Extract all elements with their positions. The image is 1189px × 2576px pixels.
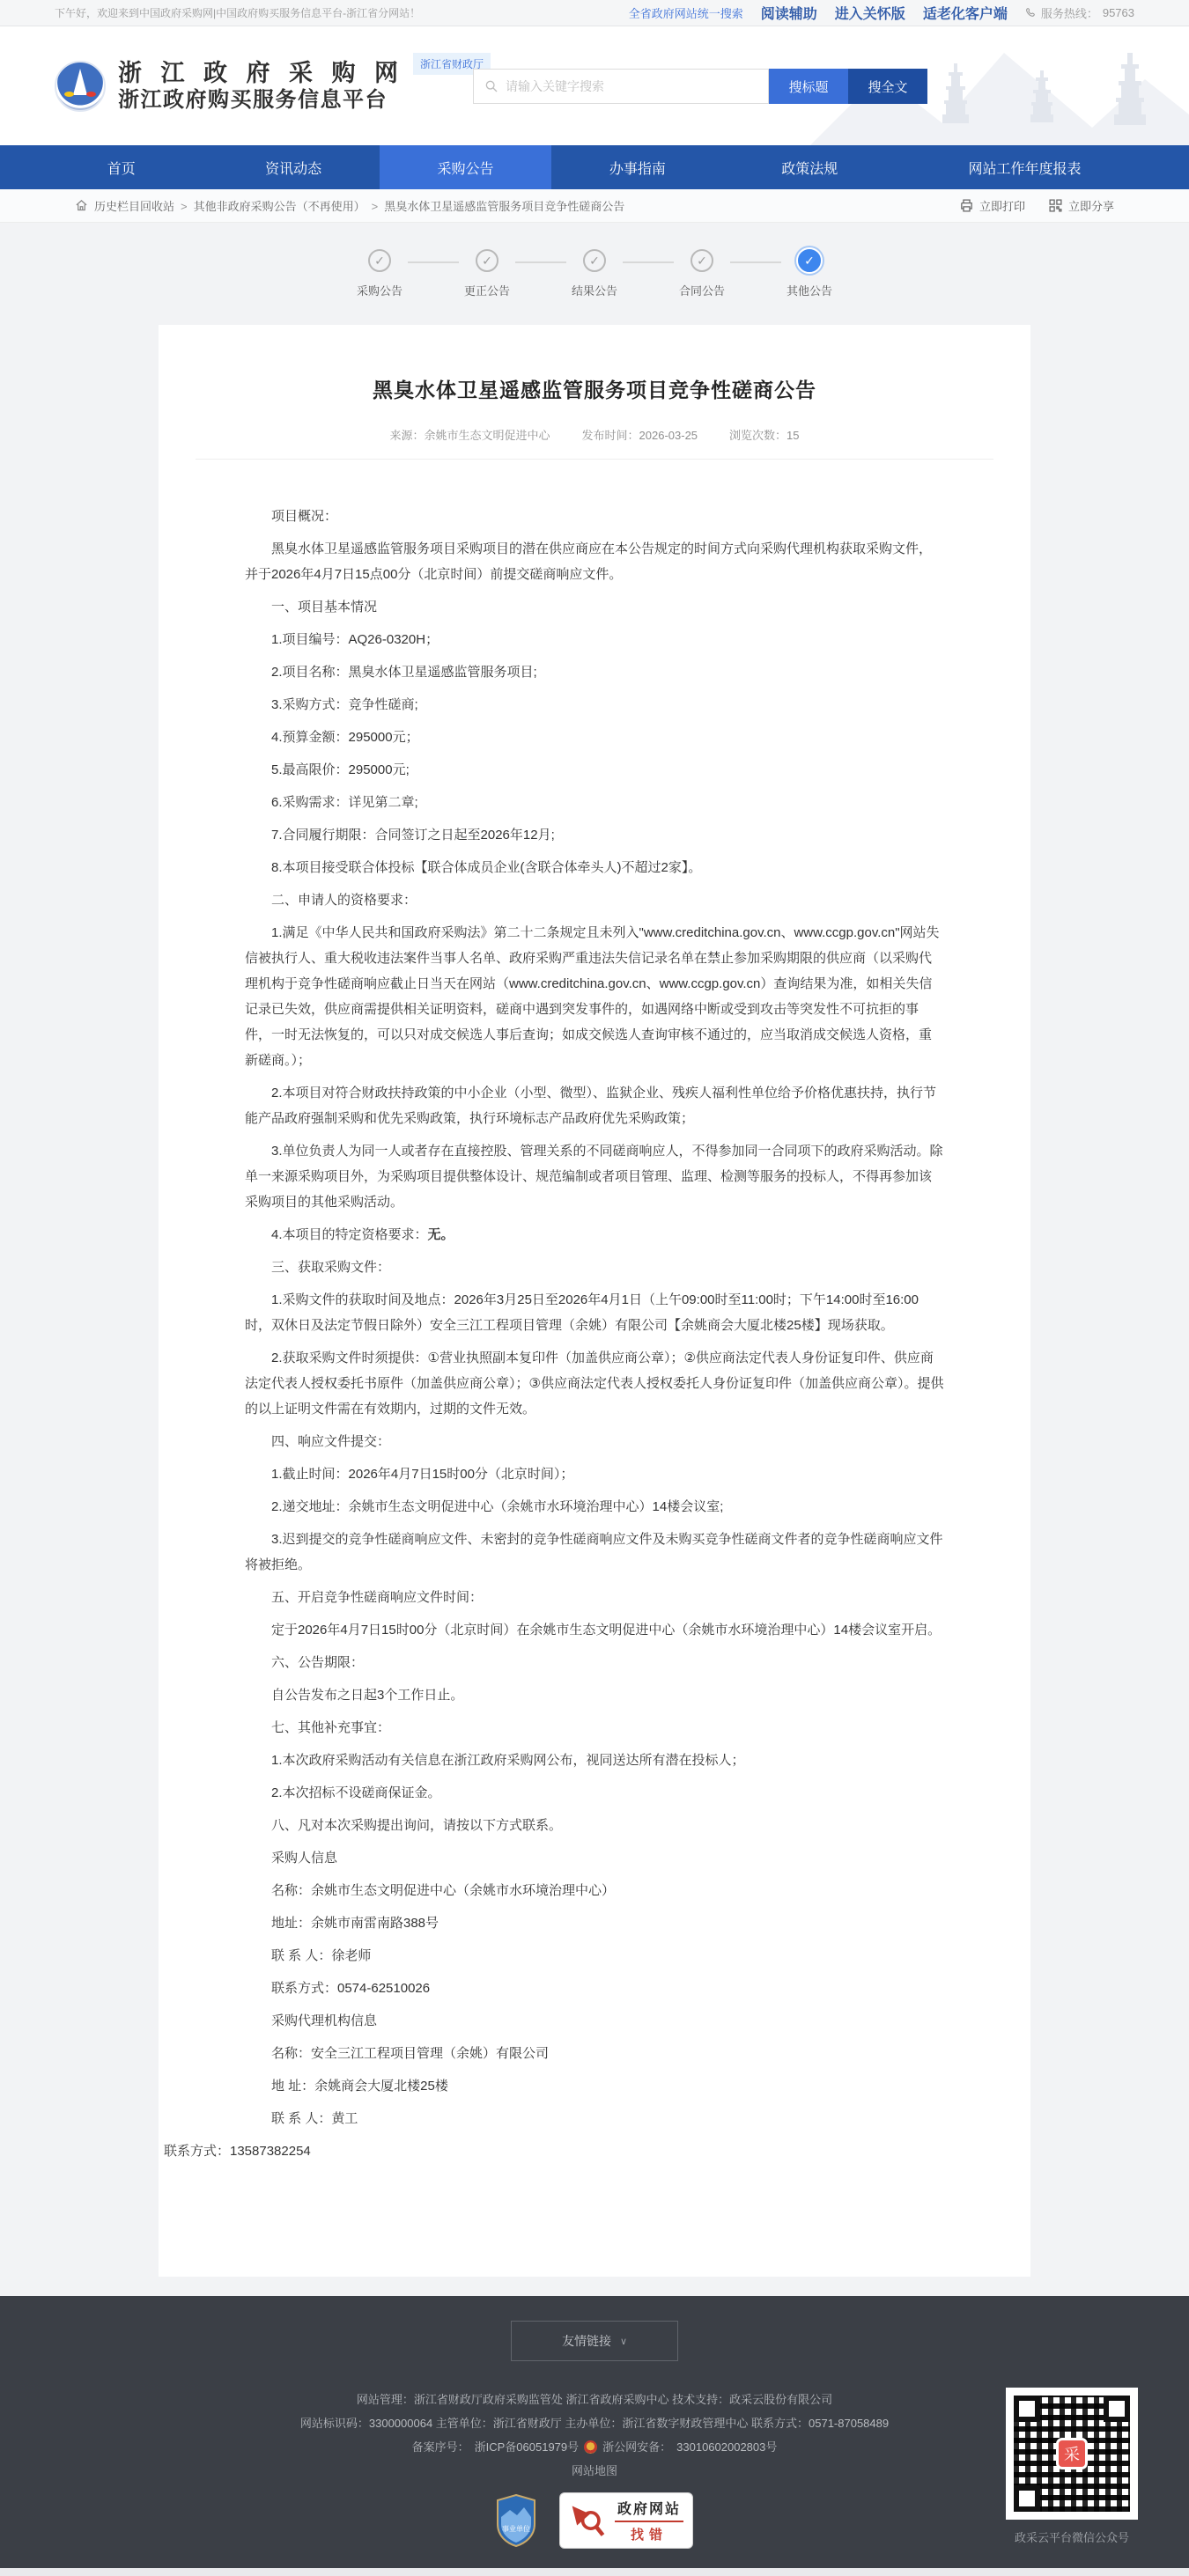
article-paragraph: 6.采购需求：详见第二章; bbox=[245, 790, 944, 815]
announcement-card: 黑臭水体卫星遥感监管服务项目竞争性磋商公告 来源：余姚市生态文明促进中心 发布时… bbox=[159, 325, 1030, 2277]
step-结果公告: ✓结果公告 bbox=[566, 249, 623, 298]
qr-share-icon bbox=[1048, 198, 1063, 213]
nav-list: 首页资讯动态采购公告办事指南政策法规网站工作年度报表 bbox=[0, 145, 1189, 189]
badge-check-line2: 找错 bbox=[631, 2525, 668, 2543]
step-label: 更正公告 bbox=[464, 282, 510, 298]
qr-code: 采 bbox=[1006, 2388, 1138, 2520]
wechat-qr-block: 采 政采云平台微信公众号 bbox=[1006, 2388, 1138, 2545]
breadcrumb: 历史栏目回收站>其他非政府采购公告（不再使用）>黑臭水体卫星遥感监管服务项目竞争… bbox=[94, 197, 624, 214]
shield-badge-label: 事业单位 bbox=[502, 2524, 530, 2533]
check-icon: ✓ bbox=[368, 249, 391, 272]
article-paragraph: 六、公告期限： bbox=[245, 1650, 944, 1675]
nav-item-active[interactable]: 采购公告 bbox=[380, 145, 551, 189]
article-paragraph: 联 系 人：黄工 bbox=[245, 2106, 944, 2131]
article-meta: 来源：余姚市生态文明促进中心 发布时间：2026-03-25 浏览次数：15 bbox=[159, 426, 1030, 443]
breadcrumb-item[interactable]: 历史栏目回收站 bbox=[94, 200, 174, 213]
topbar-links: 全省政府网站统一搜索 阅读辅助 进入关怀版 适老化客户端 服务热线： 95763 bbox=[629, 3, 1134, 23]
search-icon bbox=[484, 79, 498, 93]
crumb-separator: > bbox=[372, 200, 379, 213]
friend-links-label: 友情链接 bbox=[562, 2332, 611, 2350]
article-paragraph: 3.单位负责人为同一人或者存在直接控股、管理关系的不同磋商响应人，不得参加同一合… bbox=[245, 1138, 944, 1215]
share-label: 立即分享 bbox=[1068, 197, 1114, 214]
article-paragraph: 地址：余姚市南雷南路388号 bbox=[245, 1910, 944, 1936]
article-paragraph: 1.满足《中华人民共和国政府采购法》第二十二条规定且未列入"www.credit… bbox=[245, 920, 944, 1073]
page-title: 黑臭水体卫星遥感监管服务项目竞争性磋商公告 bbox=[211, 374, 978, 403]
article-paragraph: 1.项目编号：AQ26-0320H； bbox=[245, 627, 944, 652]
article-paragraph: 五、开启竞争性磋商响应文件时间： bbox=[245, 1585, 944, 1610]
article-paragraph: 5.最高限价：295000元; bbox=[245, 757, 944, 783]
article-paragraph: 联 系 人：徐老师 bbox=[245, 1943, 944, 1969]
site-subtitle: 浙江政府购买服务信息平台 bbox=[118, 87, 404, 114]
nav-item-link[interactable]: 政策法规 bbox=[724, 145, 896, 189]
print-button[interactable]: 立即打印 bbox=[959, 197, 1025, 214]
article-paragraph: 名称：安全三江工程项目管理（余姚）有限公司 bbox=[245, 2041, 944, 2066]
main-navigation: 首页资讯动态采购公告办事指南政策法规网站工作年度报表 bbox=[0, 145, 1189, 189]
meta-publish-time: 发布时间：2026-03-25 bbox=[582, 426, 698, 443]
site-logo-text: 浙 江 政 府 采 购 网 浙江政府购买服务信息平台 bbox=[118, 59, 404, 114]
friend-links-button[interactable]: 友情链接 ∨ bbox=[511, 2321, 678, 2361]
qr-center-logo: 采 bbox=[1056, 2438, 1088, 2469]
meta-view-count: 浏览次数：15 bbox=[729, 426, 799, 443]
beian-label: 备案序号： bbox=[412, 2435, 469, 2459]
article-paragraph: 3.采购方式：竞争性磋商; bbox=[245, 692, 944, 718]
site-search: 搜标题 搜全文 bbox=[473, 69, 927, 104]
badge-check-divider bbox=[615, 2521, 683, 2522]
hotline-label: 服务热线： bbox=[1041, 4, 1098, 21]
qr-caption: 政采云平台微信公众号 bbox=[1006, 2528, 1138, 2545]
site-title: 浙 江 政 府 采 购 网 bbox=[118, 59, 404, 87]
step-connector bbox=[515, 261, 566, 263]
step-合同公告: ✓合同公告 bbox=[674, 249, 730, 298]
badge-check-text: 政府网站 找错 bbox=[615, 2498, 683, 2543]
home-icon[interactable] bbox=[75, 199, 88, 212]
nav-item-link[interactable]: 网站工作年度报表 bbox=[896, 145, 1154, 189]
nav-item-link[interactable]: 首页 bbox=[35, 145, 207, 189]
article-paragraph: 二、申请人的资格要求： bbox=[245, 887, 944, 913]
article-paragraph: 4.本项目的特定资格要求：无。 bbox=[245, 1222, 944, 1248]
check-icon: ✓ bbox=[798, 249, 821, 272]
step-其他公告: ✓其他公告 bbox=[781, 249, 838, 298]
police-number[interactable]: 33010602002803号 bbox=[676, 2435, 777, 2459]
site-logo-icon bbox=[55, 61, 106, 112]
check-icon: ✓ bbox=[476, 249, 498, 272]
police-label: 浙公网安备： bbox=[602, 2435, 671, 2459]
article-paragraph: 1.截止时间：2026年4月7日15时00分（北京时间）； bbox=[245, 1461, 944, 1487]
article-paragraph: 四、响应文件提交： bbox=[245, 1429, 944, 1454]
step-采购公告: ✓采购公告 bbox=[351, 249, 408, 298]
article-paragraph: 地 址：余姚商会大厦北楼25楼 bbox=[245, 2073, 944, 2099]
breadcrumb-bar: 历史栏目回收站>其他非政府采购公告（不再使用）>黑臭水体卫星遥感监管服务项目竞争… bbox=[0, 189, 1189, 223]
article-paragraph: 2.本次招标不设磋商保证金。 bbox=[245, 1780, 944, 1806]
step-label: 结果公告 bbox=[572, 282, 617, 298]
breadcrumb-item[interactable]: 其他非政府采购公告（不再使用） bbox=[194, 200, 366, 213]
article-paragraph: 自公告发布之日起3个工作日止。 bbox=[245, 1682, 944, 1708]
step-connector bbox=[408, 261, 459, 263]
article-paragraph: 三、获取采购文件： bbox=[245, 1255, 944, 1280]
article-paragraph: 2.获取采购文件时须提供：①营业执照副本复印件（加盖供应商公章）；②供应商法定代… bbox=[245, 1345, 944, 1422]
article-paragraph: 7.合同履行期限：合同签订之日起至2026年12月; bbox=[245, 822, 944, 848]
elder-client-link[interactable]: 适老化客户端 bbox=[923, 3, 1008, 23]
step-label: 合同公告 bbox=[679, 282, 725, 298]
welcome-greeting: 下午好，欢迎来到中国政府采购网|中国政府购买服务信息平台-浙江省分网站！ bbox=[55, 5, 420, 20]
article-paragraph: 项目概况： bbox=[245, 504, 944, 529]
breadcrumb-actions: 立即打印 立即分享 bbox=[959, 197, 1114, 214]
search-box bbox=[473, 69, 769, 104]
crumb-separator: > bbox=[181, 200, 188, 213]
chevron-down-icon: ∨ bbox=[620, 2336, 627, 2347]
article-body: 项目概况：黑臭水体卫星遥感监管服务项目采购项目的潜在供应商应在本公告规定的时间方… bbox=[159, 460, 1030, 2164]
article-paragraph: 采购人信息 bbox=[245, 1845, 944, 1871]
step-更正公告: ✓更正公告 bbox=[459, 249, 515, 298]
announcement-type-steps: ✓采购公告✓更正公告✓结果公告✓合同公告✓其他公告 bbox=[0, 223, 1189, 318]
hotline-number: 95763 bbox=[1103, 6, 1134, 19]
unified-search-link[interactable]: 全省政府网站统一搜索 bbox=[629, 4, 743, 21]
top-utility-bar: 下午好，欢迎来到中国政府采购网|中国政府购买服务信息平台-浙江省分网站！ 全省政… bbox=[0, 0, 1189, 26]
article-paragraph: 2.递交地址：余姚市生态文明促进中心（余姚市水环境治理中心）14楼会议室; bbox=[245, 1494, 944, 1520]
article-paragraph: 联系方式：0574-62510026 bbox=[245, 1976, 944, 2001]
badge-check-line1: 政府网站 bbox=[617, 2498, 681, 2518]
care-version-link[interactable]: 进入关怀版 bbox=[835, 3, 905, 23]
article-paragraph: 1.本次政府采购活动有关信息在浙江政府采购网公布，视同送达所有潜在投标人； bbox=[245, 1748, 944, 1773]
phone-icon bbox=[1025, 7, 1037, 18]
article-paragraph: 一、项目基本情况 bbox=[245, 594, 944, 620]
printer-icon bbox=[959, 198, 974, 213]
search-title-button[interactable]: 搜标题 bbox=[769, 69, 848, 104]
article-paragraph: 八、凡对本次采购提出询问，请按以下方式联系。 bbox=[245, 1813, 944, 1838]
site-footer: 友情链接 ∨ 网站管理：浙江省财政厅政府采购监管处 浙江省政府采购中心 技术支持… bbox=[0, 2296, 1189, 2568]
step-label: 采购公告 bbox=[357, 282, 402, 298]
police-badge-icon bbox=[584, 2440, 597, 2454]
article-paragraph: 2.项目名称：黑臭水体卫星遥感监管服务项目; bbox=[245, 659, 944, 685]
article-paragraph: 2.本项目对符合财政扶持政策的中小企业（小型、微型）、监狱企业、残疾人福利性单位… bbox=[245, 1080, 944, 1131]
institution-shield-badge[interactable]: 事业单位 bbox=[496, 2494, 536, 2547]
article-paragraph: 8.本项目接受联合体投标【联合体成员企业(含联合体牵头人)不超过2家】。 bbox=[245, 855, 944, 880]
reading-assist-link[interactable]: 阅读辅助 bbox=[761, 3, 817, 23]
check-icon: ✓ bbox=[583, 249, 606, 272]
search-fulltext-button[interactable]: 搜全文 bbox=[848, 69, 927, 104]
step-connector bbox=[623, 261, 674, 263]
article-paragraph: 七、其他补充事宜： bbox=[245, 1715, 944, 1741]
article-paragraph: 3.迟到提交的竞争性磋商响应文件、未密封的竞争性磋商响应文件及未购买竞争性磋商文… bbox=[245, 1527, 944, 1578]
article-paragraph: 1.采购文件的获取时间及地点：2026年3月25日至2026年4月1日（上午09… bbox=[245, 1287, 944, 1338]
find-error-icon bbox=[569, 2501, 608, 2540]
article-paragraph: 定于2026年4月7日15时00分（北京时间）在余姚市生态文明促进中心（余姚市水… bbox=[245, 1617, 944, 1643]
step-connector bbox=[730, 261, 781, 263]
article-paragraph: 4.预算金额：295000元； bbox=[245, 725, 944, 750]
article-paragraph: 黑臭水体卫星遥感监管服务项目采购项目的潜在供应商应在本公告规定的时间方式向采购代… bbox=[245, 536, 944, 587]
step-label: 其他公告 bbox=[787, 282, 832, 298]
share-button[interactable]: 立即分享 bbox=[1048, 197, 1114, 214]
print-label: 立即打印 bbox=[979, 197, 1025, 214]
nav-item-link[interactable]: 办事指南 bbox=[551, 145, 723, 189]
gov-site-error-report-badge[interactable]: 政府网站 找错 bbox=[559, 2492, 693, 2549]
nav-item-link[interactable]: 资讯动态 bbox=[207, 145, 379, 189]
article-paragraph: 联系方式：13587382254 bbox=[164, 2138, 944, 2164]
search-input[interactable] bbox=[506, 79, 757, 93]
meta-source: 来源：余姚市生态文明促进中心 bbox=[389, 426, 550, 443]
icp-number[interactable]: 浙ICP备06051979号 bbox=[475, 2435, 580, 2459]
article-paragraph: 采购代理机构信息 bbox=[245, 2008, 944, 2034]
article-paragraph: 名称：余姚市生态文明促进中心（余姚市水环境治理中心） bbox=[245, 1878, 944, 1903]
breadcrumb-item: 黑臭水体卫星遥感监管服务项目竞争性磋商公告 bbox=[384, 200, 624, 213]
site-header: 浙 江 政 府 采 购 网 浙江政府购买服务信息平台 浙江省财政厅 搜标题 搜全… bbox=[0, 26, 1189, 145]
service-hotline: 服务热线： 95763 bbox=[1025, 4, 1134, 21]
check-icon: ✓ bbox=[691, 249, 713, 272]
